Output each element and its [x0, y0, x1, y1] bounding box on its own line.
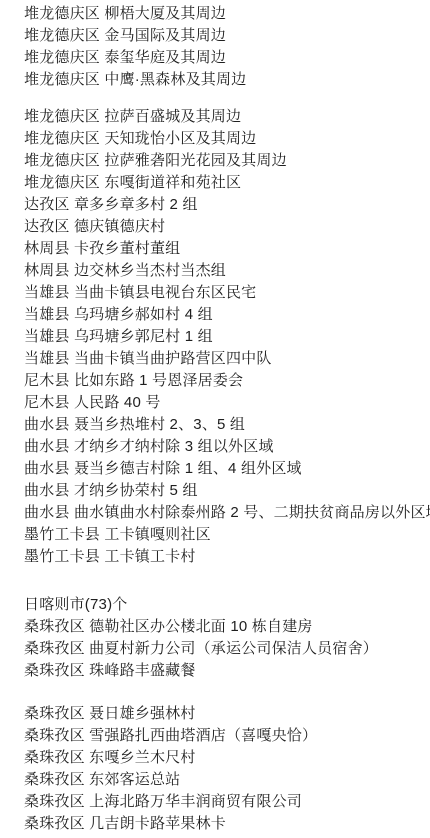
risk-area-item: 桑珠孜区 德勒社区办公楼北面 10 栋自建房: [24, 616, 422, 638]
risk-area-item: 桑珠孜区 东嘎乡兰木尺村: [24, 747, 422, 769]
risk-area-item: 堆龙德庆区 柳梧大厦及其周边: [24, 3, 422, 25]
risk-area-item: 桑珠孜区 东郊客运总站: [24, 769, 422, 791]
risk-area-item: 达孜区 章多乡章多村 2 组: [24, 194, 422, 216]
risk-area-document: 堆龙德庆区 柳梧大厦及其周边 堆龙德庆区 金马国际及其周边 堆龙德庆区 泰玺华庭…: [0, 0, 430, 835]
risk-area-item: 墨竹工卡县 工卡镇嘎则社区: [24, 524, 422, 546]
risk-area-item: 桑珠孜区 上海北路万华丰润商贸有限公司: [24, 791, 422, 813]
risk-area-item: 曲水县 聂当乡德吉村除 1 组、4 组外区域: [24, 458, 422, 480]
section-lhasa-part-1: 堆龙德庆区 柳梧大厦及其周边 堆龙德庆区 金马国际及其周边 堆龙德庆区 泰玺华庭…: [24, 3, 422, 91]
risk-area-item: 桑珠孜区 几吉朗卡路苹果林卡: [24, 813, 422, 835]
city-section-header: 日喀则市(73)个: [24, 594, 422, 616]
risk-area-item: 桑珠孜区 曲夏村新力公司（承运公司保洁人员宿舍）: [24, 638, 422, 660]
risk-area-item: 桑珠孜区 聂日雄乡强林村: [24, 703, 422, 725]
risk-area-item: 堆龙德庆区 拉萨雅砻阳光花园及其周边: [24, 150, 422, 172]
risk-area-item: 曲水县 聂当乡热堆村 2、3、5 组: [24, 414, 422, 436]
risk-area-item: 当雄县 乌玛塘乡郭尼村 1 组: [24, 326, 422, 348]
section-shigatse-part-1: 日喀则市(73)个 桑珠孜区 德勒社区办公楼北面 10 栋自建房 桑珠孜区 曲夏…: [24, 594, 422, 682]
risk-area-item: 林周县 边交林乡当杰村当杰组: [24, 260, 422, 282]
risk-area-item: 林周县 卡孜乡董村董组: [24, 238, 422, 260]
risk-area-item: 堆龙德庆区 拉萨百盛城及其周边: [24, 106, 422, 128]
risk-area-item: 当雄县 乌玛塘乡郝如村 4 组: [24, 304, 422, 326]
risk-area-item: 堆龙德庆区 中鹰·黑森林及其周边: [24, 69, 422, 91]
risk-area-item: 达孜区 德庆镇德庆村: [24, 216, 422, 238]
risk-area-item: 墨竹工卡县 工卡镇工卡村: [24, 546, 422, 568]
section-lhasa-part-2: 堆龙德庆区 拉萨百盛城及其周边 堆龙德庆区 天知珑怡小区及其周边 堆龙德庆区 拉…: [24, 106, 422, 568]
risk-area-item: 曲水县 曲水镇曲水村除泰州路 2 号、二期扶贫商品房以外区域: [24, 502, 422, 524]
risk-area-item: 当雄县 当曲卡镇当曲护路营区四中队: [24, 348, 422, 370]
risk-area-item: 堆龙德庆区 金马国际及其周边: [24, 25, 422, 47]
risk-area-item: 曲水县 才纳乡协荣村 5 组: [24, 480, 422, 502]
risk-area-item: 堆龙德庆区 天知珑怡小区及其周边: [24, 128, 422, 150]
risk-area-item: 堆龙德庆区 东嘎街道祥和苑社区: [24, 172, 422, 194]
risk-area-item: 尼木县 人民路 40 号: [24, 392, 422, 414]
risk-area-item: 曲水县 才纳乡才纳村除 3 组以外区域: [24, 436, 422, 458]
risk-area-item: 桑珠孜区 珠峰路丰盛藏餐: [24, 660, 422, 682]
section-shigatse-part-2: 桑珠孜区 聂日雄乡强林村 桑珠孜区 雪强路扎西曲塔酒店（喜嘎央恰） 桑珠孜区 东…: [24, 703, 422, 835]
risk-area-item: 堆龙德庆区 泰玺华庭及其周边: [24, 47, 422, 69]
risk-area-item: 当雄县 当曲卡镇县电视台东区民宅: [24, 282, 422, 304]
risk-area-item: 尼木县 比如东路 1 号恩泽居委会: [24, 370, 422, 392]
risk-area-item: 桑珠孜区 雪强路扎西曲塔酒店（喜嘎央恰）: [24, 725, 422, 747]
